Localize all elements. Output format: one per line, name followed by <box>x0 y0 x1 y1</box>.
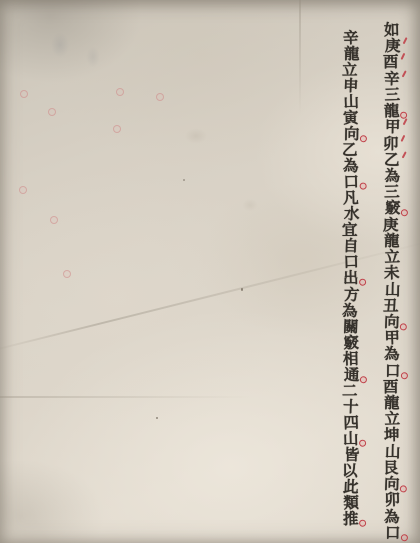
manuscript-page: 如庚酉辛三龍甲卯乙為三竅庚龍立未山丑向甲為口酉龍立坤山艮向卯為口 辛龍立申山寅向… <box>0 0 420 543</box>
faint-red-ring <box>156 93 164 101</box>
red-circle-annotation <box>399 323 406 330</box>
han-character: 口 <box>385 525 401 541</box>
red-tick-annotation <box>402 151 407 158</box>
red-tick-annotation <box>402 70 407 77</box>
red-circle-annotation <box>360 376 367 383</box>
red-circle-annotation <box>399 486 406 493</box>
faint-red-ring <box>63 270 71 278</box>
text-column-right: 如庚酉辛三龍甲卯乙為三竅庚龍立未山丑向甲為口酉龍立坤山艮向卯為口 <box>372 22 412 541</box>
red-circle-annotation <box>359 183 366 190</box>
paper-crease-horizontal <box>0 396 250 398</box>
han-character: 推 <box>343 511 359 527</box>
red-tick-annotation <box>403 118 408 125</box>
red-circle-annotation <box>360 135 367 142</box>
faint-red-ring <box>20 90 28 98</box>
faint-red-ring <box>113 125 121 133</box>
faint-red-ring <box>19 186 27 194</box>
faint-red-ring <box>50 216 58 224</box>
paper-crease-vertical <box>299 0 301 115</box>
ink-speck <box>183 179 185 181</box>
faint-red-ring <box>116 88 124 96</box>
red-circle-annotation <box>401 534 408 541</box>
red-tick-annotation <box>403 37 408 44</box>
faint-red-ring <box>48 108 56 116</box>
red-circle-annotation <box>401 210 408 217</box>
text-column-left: 辛龍立申山寅向乙為口凡水宜自口出方為關竅相通二十四山皆以此類推 <box>331 30 371 527</box>
han-character: 未 <box>384 265 400 282</box>
red-tick-annotation <box>401 53 406 60</box>
red-tick-annotation <box>401 134 406 141</box>
ink-speck <box>241 288 243 291</box>
ink-speck <box>156 417 158 419</box>
red-circle-annotation <box>401 372 408 379</box>
red-circle-annotation <box>359 520 366 527</box>
